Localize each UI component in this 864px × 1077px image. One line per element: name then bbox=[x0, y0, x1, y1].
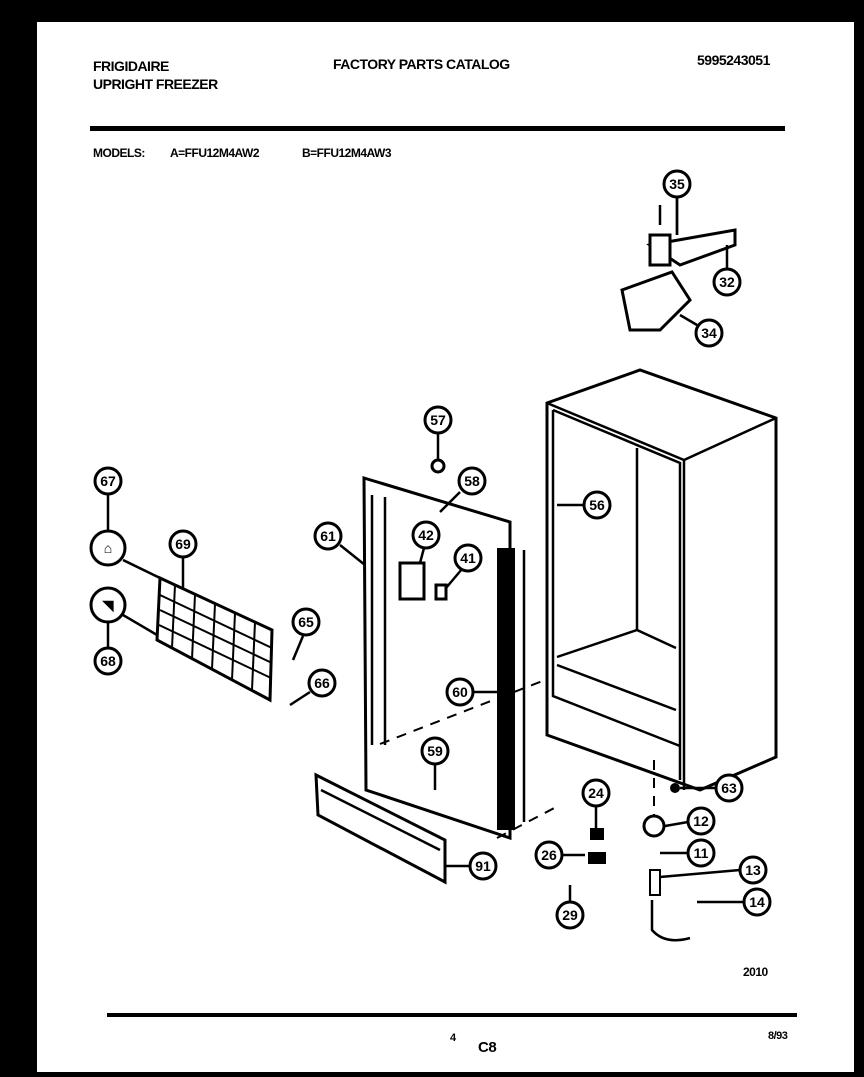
callout-65: 65 bbox=[293, 609, 319, 660]
callout-67: 67 bbox=[95, 468, 121, 532]
svg-text:68: 68 bbox=[100, 653, 116, 669]
svg-text:41: 41 bbox=[460, 550, 476, 566]
callout-34: 34 bbox=[680, 315, 722, 346]
svg-text:59: 59 bbox=[427, 743, 443, 759]
svg-text:29: 29 bbox=[562, 907, 578, 923]
svg-text:58: 58 bbox=[464, 473, 480, 489]
svg-text:65: 65 bbox=[298, 614, 314, 630]
svg-text:66: 66 bbox=[314, 675, 330, 691]
svg-text:56: 56 bbox=[589, 497, 605, 513]
page-number: 4 bbox=[450, 1032, 456, 1044]
grille bbox=[123, 560, 272, 700]
callout-69: 69 bbox=[170, 531, 196, 590]
callout-66: 66 bbox=[290, 670, 335, 705]
svg-text:32: 32 bbox=[719, 274, 735, 290]
hinge-assembly bbox=[622, 195, 735, 330]
svg-text:11: 11 bbox=[694, 845, 709, 861]
freezer-cabinet bbox=[547, 370, 776, 790]
svg-text:13: 13 bbox=[745, 862, 761, 878]
callout-35: 35 bbox=[664, 171, 690, 235]
callout-61: 61 bbox=[315, 523, 365, 565]
svg-text:91: 91 bbox=[475, 858, 491, 874]
callout-11: 11 bbox=[660, 840, 714, 866]
callout-57: 57 bbox=[425, 407, 451, 472]
revision-date: 8/93 bbox=[768, 1030, 787, 1042]
svg-text:42: 42 bbox=[418, 527, 434, 543]
callout-24: 24 bbox=[583, 780, 609, 828]
svg-text:⌂: ⌂ bbox=[104, 540, 112, 556]
callout-58: 58 bbox=[440, 468, 485, 512]
figure-number: 2010 bbox=[743, 965, 768, 979]
svg-text:69: 69 bbox=[175, 536, 191, 552]
freezer-door bbox=[364, 478, 560, 838]
callout-91: 91 bbox=[445, 853, 496, 879]
callout-12: 12 bbox=[665, 808, 714, 834]
callout-29: 29 bbox=[557, 885, 583, 928]
svg-text:12: 12 bbox=[693, 813, 709, 829]
svg-text:34: 34 bbox=[701, 325, 717, 341]
svg-text:57: 57 bbox=[430, 412, 446, 428]
svg-text:◥: ◥ bbox=[102, 597, 114, 613]
footer-rule bbox=[107, 1013, 797, 1017]
callout-26: 26 bbox=[536, 842, 585, 868]
svg-text:35: 35 bbox=[669, 176, 685, 192]
svg-text:60: 60 bbox=[452, 684, 468, 700]
svg-text:67: 67 bbox=[100, 473, 116, 489]
callout-68b: ◥ bbox=[91, 588, 125, 622]
svg-text:63: 63 bbox=[721, 780, 737, 796]
svg-text:61: 61 bbox=[320, 528, 336, 544]
svg-text:14: 14 bbox=[749, 894, 765, 910]
callout-14: 14 bbox=[697, 889, 770, 915]
callout-68: 68 bbox=[95, 622, 121, 674]
svg-text:24: 24 bbox=[588, 785, 604, 801]
svg-text:26: 26 bbox=[541, 847, 557, 863]
section-code: C8 bbox=[478, 1039, 496, 1056]
callout-67b: ⌂ bbox=[91, 531, 125, 565]
exploded-parts-diagram: 35 32 34 57 58 56 67 ⌂ 69 61 42 41 ◥ 68 … bbox=[0, 0, 864, 1077]
